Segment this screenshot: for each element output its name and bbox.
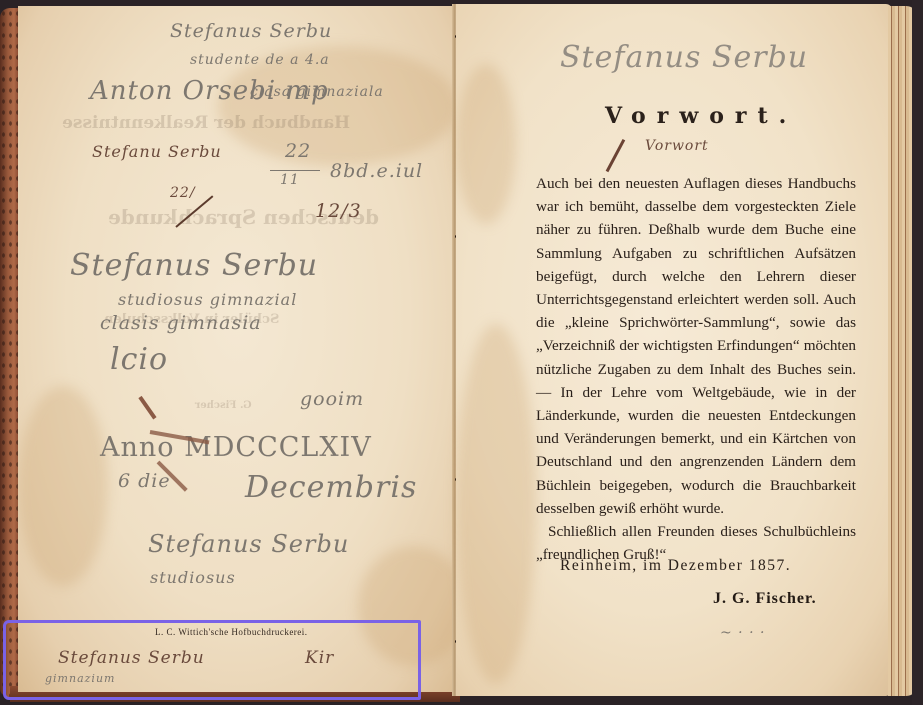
show-through-print-4: G. Fischer — [195, 400, 252, 411]
left-page — [18, 6, 458, 692]
handwriting-name-top: Stefanus Serbu — [170, 20, 332, 42]
background-edge — [912, 0, 923, 705]
handwriting-studente: studente de a 4.a — [190, 52, 330, 68]
preface-body: Auch bei den neuesten Auflagen dieses Ha… — [536, 172, 856, 566]
handwriting-6-die: 6 die — [118, 470, 171, 492]
handwriting-mark-22: 22/ — [170, 185, 196, 201]
highlight-annotation-box — [3, 620, 421, 700]
handwriting-stefanus-right: Stefanus Serbu — [560, 40, 808, 75]
handwriting-decembris: Decembris — [245, 470, 417, 505]
handwriting-vorwort: Vorwort — [645, 138, 709, 154]
place-date: Reinheim, im Dezember 1857. — [560, 557, 791, 575]
preface-paragraph-1: Auch bei den neuesten Auflagen dieses Ha… — [536, 172, 856, 520]
author-signature: J. G. Fischer. — [713, 590, 817, 608]
book-spread: Handbuch der Realkenntnisse deutschen Sp… — [0, 0, 923, 705]
handwriting-scribble: ~ · · · — [720, 625, 765, 641]
handwriting-studiosus-lower: studiosus — [150, 568, 236, 587]
handwriting-lcio: lcio — [110, 342, 168, 377]
page-title: Vorwort. — [605, 103, 797, 129]
fraction-bar — [270, 170, 320, 171]
handwriting-fraction-den: 11 — [280, 172, 300, 188]
handwriting-fraction-num: 22 — [285, 140, 311, 162]
handwriting-stefanus-large: Stefanus Serbu — [70, 248, 318, 283]
handwriting-stefanus-lower: Stefanus Serbu — [148, 530, 349, 558]
handwriting-anton: Anton Orsebi mp — [90, 76, 329, 106]
handwriting-gooim: gooim — [300, 388, 364, 410]
handwriting-stefanu-ink: Stefanu Serbu — [92, 142, 222, 161]
handwriting-anno-date: Anno MDCCCLXIV — [100, 432, 372, 463]
handwriting-mark-12-3: 12/3 — [315, 200, 362, 222]
handwriting-clasis: clasis gimnasia — [100, 312, 262, 334]
book-cover-left-edge — [0, 8, 20, 698]
show-through-print-1: Handbuch der Realkenntnisse — [62, 113, 350, 133]
handwriting-studiosus: studiosus gimnazial — [118, 290, 297, 309]
handwriting-fraction-note: 8bd.e.iul — [330, 160, 423, 182]
